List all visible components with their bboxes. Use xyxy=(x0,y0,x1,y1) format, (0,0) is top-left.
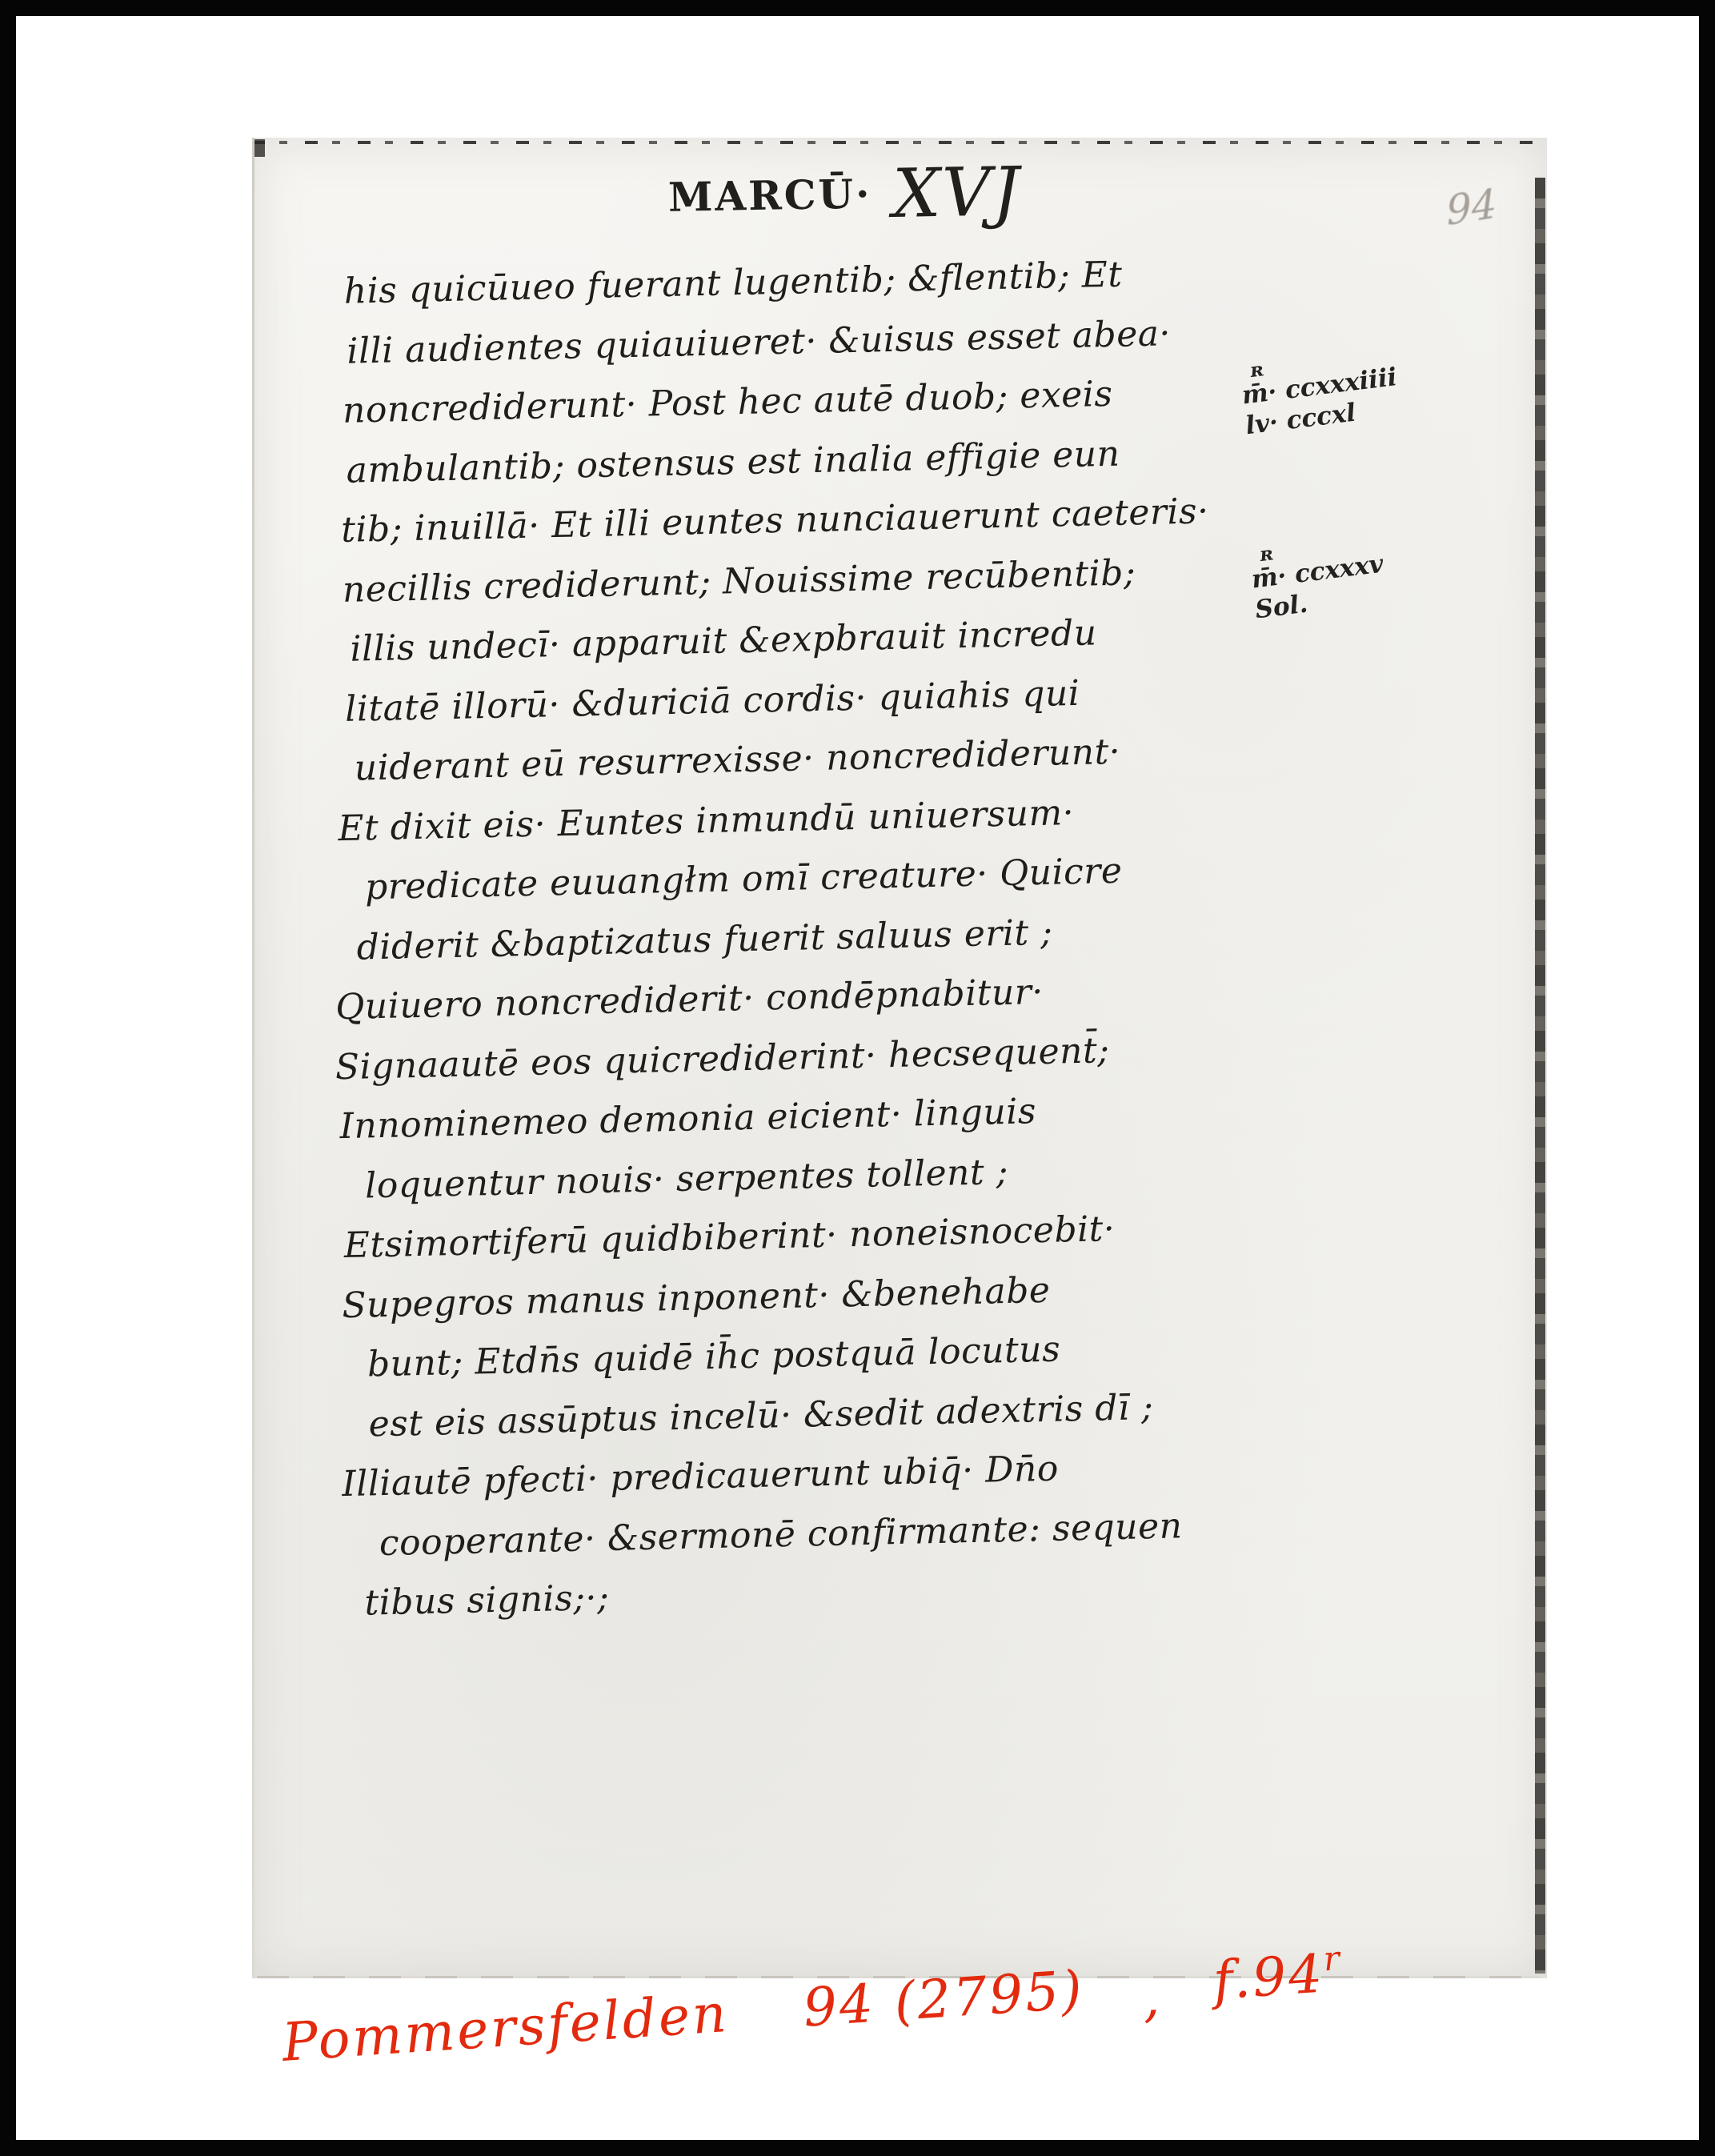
margin-canon-note: ʀ m̄· ccxxxv Sol. xyxy=(1248,531,1388,625)
separator-comma: , xyxy=(1140,1966,1164,2029)
library-name: Pommersfelden xyxy=(280,1982,730,2074)
running-title: MARCŪ· xyxy=(668,170,872,220)
folio-side: r xyxy=(1322,1938,1343,1978)
page-top-edge xyxy=(252,141,1547,144)
chapter-numeral: XVJ xyxy=(892,152,1022,233)
manuscript-page: MARCŪ·XVJ 94 his quicūueo fuerant lugent… xyxy=(252,138,1547,1978)
page-right-edge xyxy=(1535,178,1545,1974)
main-text-block: his quicūueo fuerant lugentib; &flentib;… xyxy=(335,241,1373,1634)
folio-number-pencil: 94 xyxy=(1445,180,1498,234)
scanned-manuscript-photo: MARCŪ·XVJ 94 his quicūueo fuerant lugent… xyxy=(0,0,1715,2156)
page-left-edge xyxy=(252,138,254,1978)
running-header: MARCŪ·XVJ xyxy=(667,152,1021,237)
folio-reference: f.94 xyxy=(1212,1943,1327,2012)
shelfmark-number: 94 (2795) xyxy=(801,1958,1086,2038)
